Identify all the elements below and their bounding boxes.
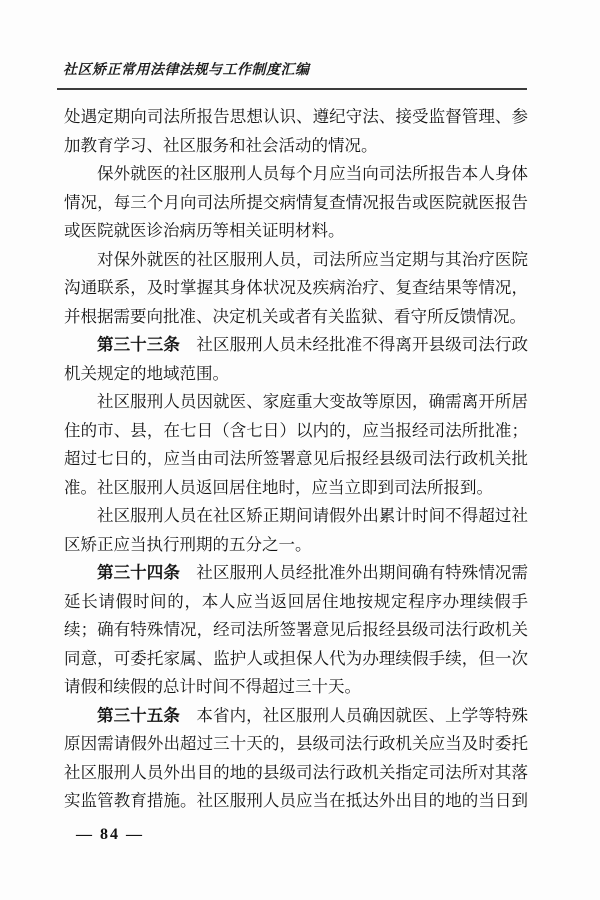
text-line: 加教育学习、社区服务和社会活动的情况。 <box>64 132 528 161</box>
text-line: 沟通联系，及时掌握其身体状况及疾病治疗、复查结果等情况， <box>64 274 528 303</box>
text-line: 社区服刑人员外出目的地的县级司法行政机关指定司法所对其落 <box>64 759 528 788</box>
text-line: 原因需请假外出超过三十天的，县级司法行政机关应当及时委托 <box>64 730 528 759</box>
text-line: 社区服刑人员在社区矫正期间请假外出累计时间不得超过社 <box>64 502 528 531</box>
text-line: 请假和续假的总计时间不得超过三十天。 <box>64 673 528 702</box>
text-line: 处遇定期向司法所报告思想认识、遵纪守法、接受监督管理、参 <box>64 103 528 132</box>
page-number: — 84 — <box>76 826 144 844</box>
text-line: 情况，每三个月向司法所提交病情复查情况报告或医院就医报告 <box>64 189 528 218</box>
header-rule <box>57 88 527 90</box>
text-line: 第三十五条本省内，社区服刑人员确因就医、上学等特殊 <box>64 702 528 731</box>
text-line: 区矫正应当执行刑期的五分之一。 <box>64 531 528 560</box>
text-line: 住的市、县，在七日（含七日）以内的，应当报经司法所批准； <box>64 417 528 446</box>
text-line: 第三十三条社区服刑人员未经批准不得离开县级司法行政 <box>64 331 528 360</box>
running-head-title: 社区矫正常用法律法规与工作制度汇编 <box>63 59 310 79</box>
text-line: 机关规定的地域范围。 <box>64 360 528 389</box>
document-page: 社区矫正常用法律法规与工作制度汇编 处遇定期向司法所报告思想认识、遵纪守法、接受… <box>0 0 600 900</box>
text-line: 续；确有特殊情况，经司法所签署意见后报经县级司法行政机关 <box>64 616 528 645</box>
text-line: 保外就医的社区服刑人员每个月应当向司法所报告本人身体 <box>64 160 528 189</box>
text-line: 社区服刑人员因就医、家庭重大变故等原因，确需离开所居 <box>64 388 528 417</box>
text-line: 第三十四条社区服刑人员经批准外出期间确有特殊情况需 <box>64 559 528 588</box>
text-line: 延长请假时间的，本人应当返回居住地按规定程序办理续假手 <box>64 588 528 617</box>
text-line: 或医院就医诊治病历等相关证明材料。 <box>64 217 528 246</box>
text-line: 准。社区服刑人员返回居住地时，应当立即到司法所报到。 <box>64 474 528 503</box>
article-number: 第三十五条 <box>97 706 180 725</box>
text-line: 同意，可委托家属、监护人或担保人代为办理续假手续，但一次 <box>64 645 528 674</box>
text-line: 并根据需要向批准、决定机关或者有关监狱、看守所反馈情况。 <box>64 303 528 332</box>
body-text: 处遇定期向司法所报告思想认识、遵纪守法、接受监督管理、参加教育学习、社区服务和社… <box>64 103 528 816</box>
text-line: 超过七日的，应当由司法所签署意见后报经县级司法行政机关批 <box>64 445 528 474</box>
article-number: 第三十三条 <box>97 335 180 354</box>
text-line: 对保外就医的社区服刑人员，司法所应当定期与其治疗医院 <box>64 246 528 275</box>
text-line: 实监管教育措施。社区服刑人员应当在抵达外出目的地的当日到 <box>64 787 528 816</box>
article-number: 第三十四条 <box>97 563 180 582</box>
